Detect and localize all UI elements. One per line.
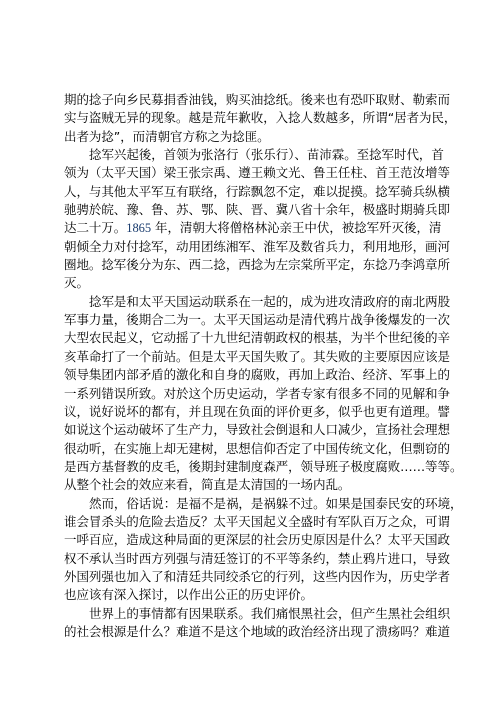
text-line: 大型农民起义，它动摇了十九世纪清朝政权的根基，为半个世纪後的辛 (64, 329, 440, 347)
paragraph-start-line: 然而，俗话说：是福不是祸，是祸躲不过。如果是国泰民安的环境， (64, 495, 440, 513)
document-page: 期的捻子向乡民募捐香油钱，购买油捻纸。後来也有恐吓取财、勒索而 实与盗贼无异的现… (64, 91, 440, 641)
text-line: 很动听，在实施上却无建树，思想信仰否定了中国传统文化，但剽窃的 (64, 440, 440, 458)
text-line: 朝倾全力对付捻军，动用团练湘军、淮军及数省兵力，利用地形，画河 (64, 238, 440, 256)
text-line: 议，说好说坏的都有，并且现在负面的评价更多，似乎也更有道理。譬 (64, 403, 440, 421)
text-line: 是西方基督教的皮毛，後期封建制度森严，领导班子极度腐败……等等。 (64, 458, 440, 476)
text-line: 灭。 (64, 274, 440, 292)
text-line: 领为（太平天国）梁王张宗禹、遵王赖文光、鲁王任柱、首王范汝增等 (64, 164, 440, 182)
text-line: 一系列错误所致。对於这个历史运动，学者专家有很多不同的见解和争 (64, 385, 440, 403)
text-line: 从整个社会的效应来看，简直是太清国的一场内乱。 (64, 476, 440, 494)
text-line: 出者为捻”，而清朝官方称之为捻匪。 (64, 128, 440, 146)
text-line: 如说这个运动破坏了生产力，导致社会倒退和人口减少，宣扬社会理想 (64, 421, 440, 439)
text-line: 外国列强也加入了和清廷共同绞杀它的行列，这些内因作为，历史学者 (64, 568, 440, 586)
text-line: 军事力量，後期合二为一。太平天国运动是清代鸦片战争後爆发的一次 (64, 311, 440, 329)
text-segment: 年，清朝大将僧格林沁亲王中伏，被捻军歼灭後，清 (155, 220, 441, 235)
text-line: 人，与其他太平军互有联络，行踪飘忽不定，难以捉摸。捻军骑兵纵横 (64, 183, 440, 201)
text-line: 领导集团内部矛盾的激化和自身的腐败，再加上政治、经济、军事上的 (64, 366, 440, 384)
text-line: 驰骋於皖、豫、鲁、苏、鄂、陕、晋、冀八省十余年，极盛时期骑兵即 (64, 201, 440, 219)
text-line: 的社会根源是什么？难道不是这个地域的政治经济出现了溃疡吗？难道 (64, 623, 440, 641)
text-line-with-year: 达二十万。1865 年，清朝大将僧格林沁亲王中伏，被捻军歼灭後，清 (64, 219, 440, 237)
text-line: 实与盗贼无异的现象。越是荒年歉收，入捻人数越多，所谓“居者为民， (64, 109, 440, 127)
text-line: 也应该有深入探讨，以作出公正的历史评价。 (64, 586, 440, 604)
text-line: 圈地。捻军後分为东、西二捻，西捻为左宗棠所平定，东捻乃李鸿章所 (64, 256, 440, 274)
text-segment: 达二十万。 (64, 220, 126, 235)
paragraph-start-line: 捻军兴起後，首领为张洛行（张乐行）、苗沛霖。至捻军时代，首 (64, 146, 440, 164)
text-line: 谁会冒杀头的危险去造反？太平天国起义全盛时有军队百万之众，可谓 (64, 513, 440, 531)
paragraph-start-line: 捻军是和太平天国运动联系在一起的，成为进攻清政府的南北两股 (64, 293, 440, 311)
text-line: 权不承认当时西方列强与清廷签订的不平等条约，禁止鸦片进口，导致 (64, 550, 440, 568)
year-number: 1865 (126, 221, 151, 235)
text-line: 一呼百应，造成这种局面的更深层的社会历史原因是什么？太平天国政 (64, 531, 440, 549)
text-line: 期的捻子向乡民募捐香油钱，购买油捻纸。後来也有恐吓取财、勒索而 (64, 91, 440, 109)
paragraph-start-line: 世界上的事情都有因果联系。我们痛恨黑社会，但产生黑社会组织 (64, 605, 440, 623)
text-line: 亥革命打了一个前站。但是太平天国失败了。其失败的主要原因应该是 (64, 348, 440, 366)
